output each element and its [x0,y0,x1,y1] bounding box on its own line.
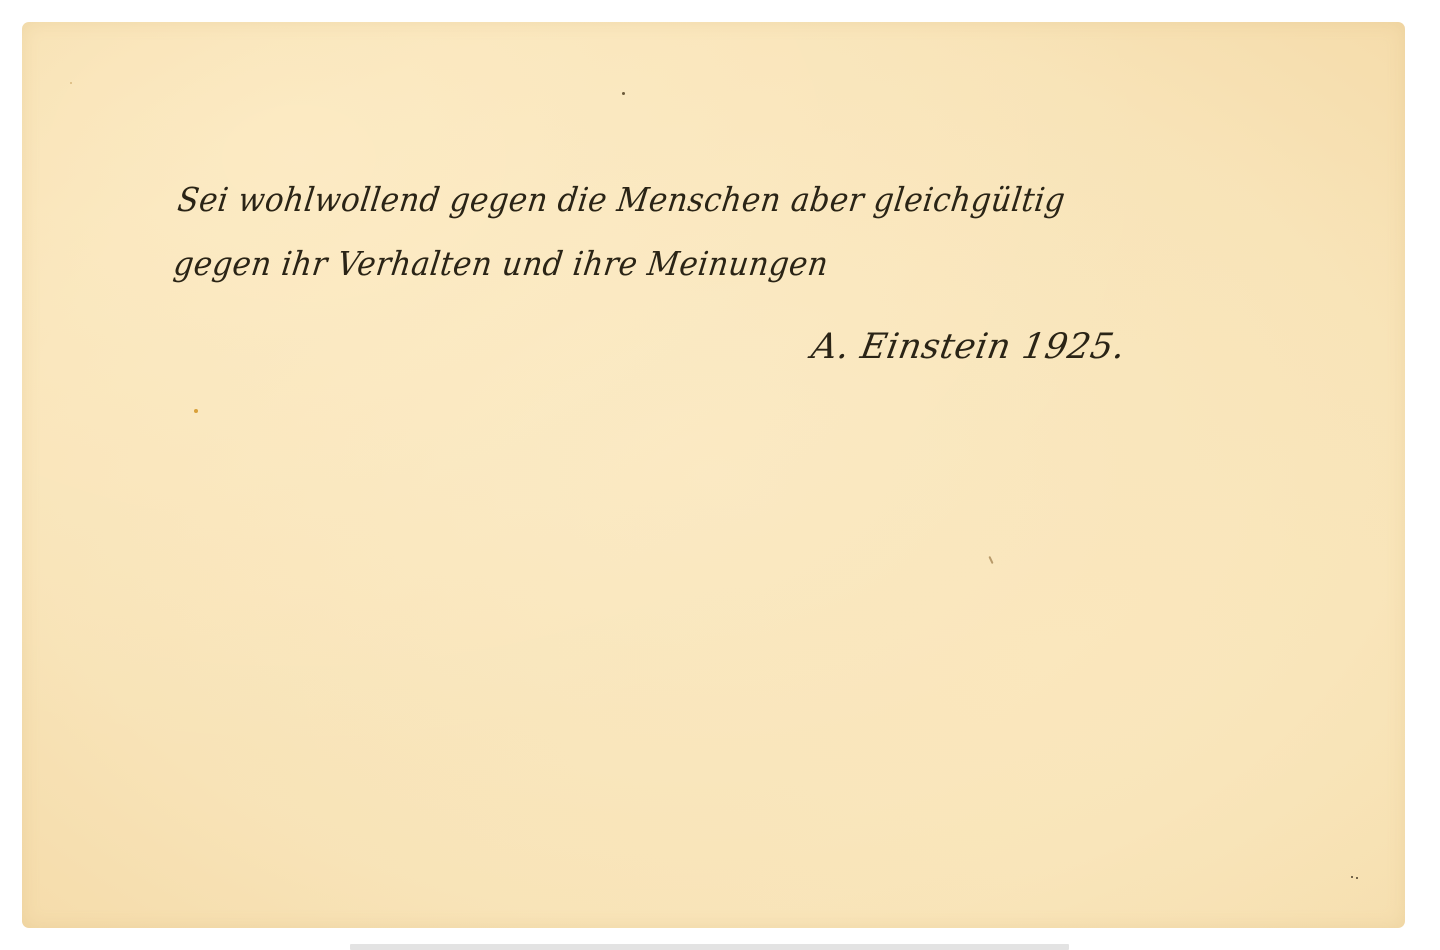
paper-speck [194,409,198,413]
paper-speck [1356,877,1358,879]
horizontal-scrollbar[interactable] [350,944,1069,950]
signature: A. Einstein 1925. [808,327,1128,367]
postcard: Sei wohlwollend gegen die Menschen aber … [22,22,1405,928]
paper-speck [70,82,72,84]
paper-speck [622,92,625,95]
handwritten-line-1: Sei wohlwollend gegen die Menschen aber … [175,180,1067,219]
image-viewer: Sei wohlwollend gegen die Menschen aber … [0,0,1440,950]
paper-speck [988,556,993,564]
handwritten-line-2: gegen ihr Verhalten und ihre Meinungen [171,244,830,283]
paper-speck [1351,876,1353,878]
